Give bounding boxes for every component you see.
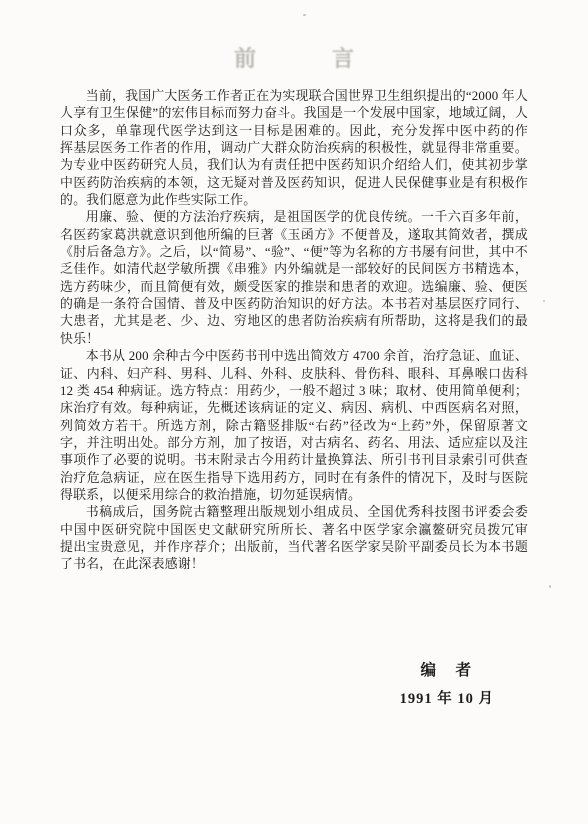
- text-line: 口众多，单靠现代医学达到这一目标是困难的。因此，充分发挥中医中药的作用，发: [60, 123, 528, 140]
- text-line: 中国中医研究院中国医史文献研究所所长、著名中医学家余瀛鳌研究员拨冗审阅，: [60, 522, 528, 539]
- signature-block: 编 者 1991 年 10 月: [400, 658, 494, 708]
- signature-date: 1991 年 10 月: [400, 687, 494, 708]
- text-line: 大患者，尤其是老、少、边、穷地区的患者防治疾病有所帮助，这将是我们的最大: [60, 313, 528, 330]
- text-line: 乏佳作。如清代赵学敏所撰《串雅》内外编就是一部较好的民间医方书精选本，所: [60, 261, 528, 278]
- title-char: 言: [332, 42, 354, 73]
- signature-author: 编 者: [400, 658, 494, 680]
- paragraph: 本书从 200 余种古今中医药书刊中选出简效方 4700 余首，治疗急证、血证、…: [60, 348, 528, 504]
- scan-speck: [303, 14, 306, 16]
- text-line: 本书从 200 余种古今中医药书刊中选出简效方 4700 余首，治疗急证、血证、…: [60, 348, 528, 365]
- text-line: 选方药味少，而且简便有效，颇受医家的推崇和患者的欢迎。选编廉、验、便医方: [60, 279, 528, 296]
- text-line: 事项作了必要的说明。书末附录古今用药计量换算法、所引书刊目录索引可供查阅。: [60, 452, 528, 469]
- paragraph: 用廉、验、便的方法治疗疾病，是祖国医学的优良传统。一千六百多年前，著名医药家葛洪…: [60, 209, 528, 348]
- text-line: 书稿成后，国务院古籍整理出版规划小组成员、全国优秀科技图书评委会委员、: [60, 504, 528, 521]
- preface-body: 当前，我国广大医务工作者正在为实现联合国世界卫生组织提出的“2000 年人人享有…: [60, 88, 528, 574]
- text-line: 人享有卫生保健”的宏伟目标而努力奋斗。我国是一个发展中国家，地域辽阔，人: [60, 105, 528, 122]
- scan-speck: [543, 300, 545, 302]
- text-line: 列简效方若干。所选方剂，除古籍竖排版“右药”径改为“上药”外，保留原著文: [60, 418, 528, 435]
- text-line: 的确是一条符合国情、普及中医药防治知识的好方法。本书若对基层医疗同行、广: [60, 296, 528, 313]
- text-line: 床治疗有效。每种病证，先概述该病证的定义、病因、病机、中西医病名对照，后: [60, 400, 528, 417]
- scanned-book-page: 前 言 当前，我国广大医务工作者正在为实现联合国世界卫生组织提出的“2000 年…: [0, 0, 588, 824]
- text-line: 挥基层医务工作者的作用，调动广大群众防治疾病的积极性，就显得非常重要。作: [60, 140, 528, 157]
- paragraph: 书稿成后，国务院古籍整理出版规划小组成员、全国优秀科技图书评委会委员、中国中医研…: [60, 504, 528, 573]
- paragraph: 当前，我国广大医务工作者正在为实现联合国世界卫生组织提出的“2000 年人人享有…: [60, 88, 528, 209]
- text-line: 名医药家葛洪就意识到他所编的巨著《玉函方》不便普及，遂取其简效者，撰成: [60, 227, 528, 244]
- text-line: 《肘后备急方》。之后，以“简易”、“验”、“便”等为名称的方书屡有问世，其中不: [60, 244, 528, 261]
- text-line: 证、内科、妇产科、男科、儿科、外科、皮肤科、骨伤科、眼科、耳鼻喉口齿科等: [60, 366, 528, 383]
- page-title: 前 言: [0, 42, 588, 73]
- text-line: 了书名，在此深表感谢！: [60, 556, 528, 573]
- text-line: 中医药防治疾病的本领，这无疑对普及医药知识，促进人民保健事业是有积极作用: [60, 175, 528, 192]
- text-line: 字，并注明出处。部分方剂，加了按语，对古病名、药名、用法、适应症以及注意: [60, 435, 528, 452]
- text-line: 得联系，以便采用综合的救治措施，切勿延误病情。: [60, 487, 528, 504]
- title-char: 前: [234, 42, 256, 73]
- text-line: 当前，我国广大医务工作者正在为实现联合国世界卫生组织提出的“2000 年人: [60, 88, 528, 105]
- text-line: 提出宝贵意见，并作序荐介；出版前，当代著名医学家吴阶平副委员长为本书题写: [60, 539, 528, 556]
- text-line: 为专业中医药研究人员，我们认为有责任把中医药知识介绍给人们，使其初步掌握: [60, 157, 528, 174]
- text-line: 用廉、验、便的方法治疗疾病，是祖国医学的优良传统。一千六百多年前，著: [60, 209, 528, 226]
- text-line: 12 类 454 种病证。选方特点：用药少，一般不超过 3 味；取材、使用简单便…: [60, 383, 528, 400]
- text-line: 快乐！: [60, 331, 528, 348]
- scan-speck: [549, 585, 551, 588]
- text-line: 治疗危急病证，应在医生指导下选用药方，同时在有条件的情况下，及时与医院取: [60, 470, 528, 487]
- text-line: 的。我们愿意为此作些实际工作。: [60, 192, 528, 209]
